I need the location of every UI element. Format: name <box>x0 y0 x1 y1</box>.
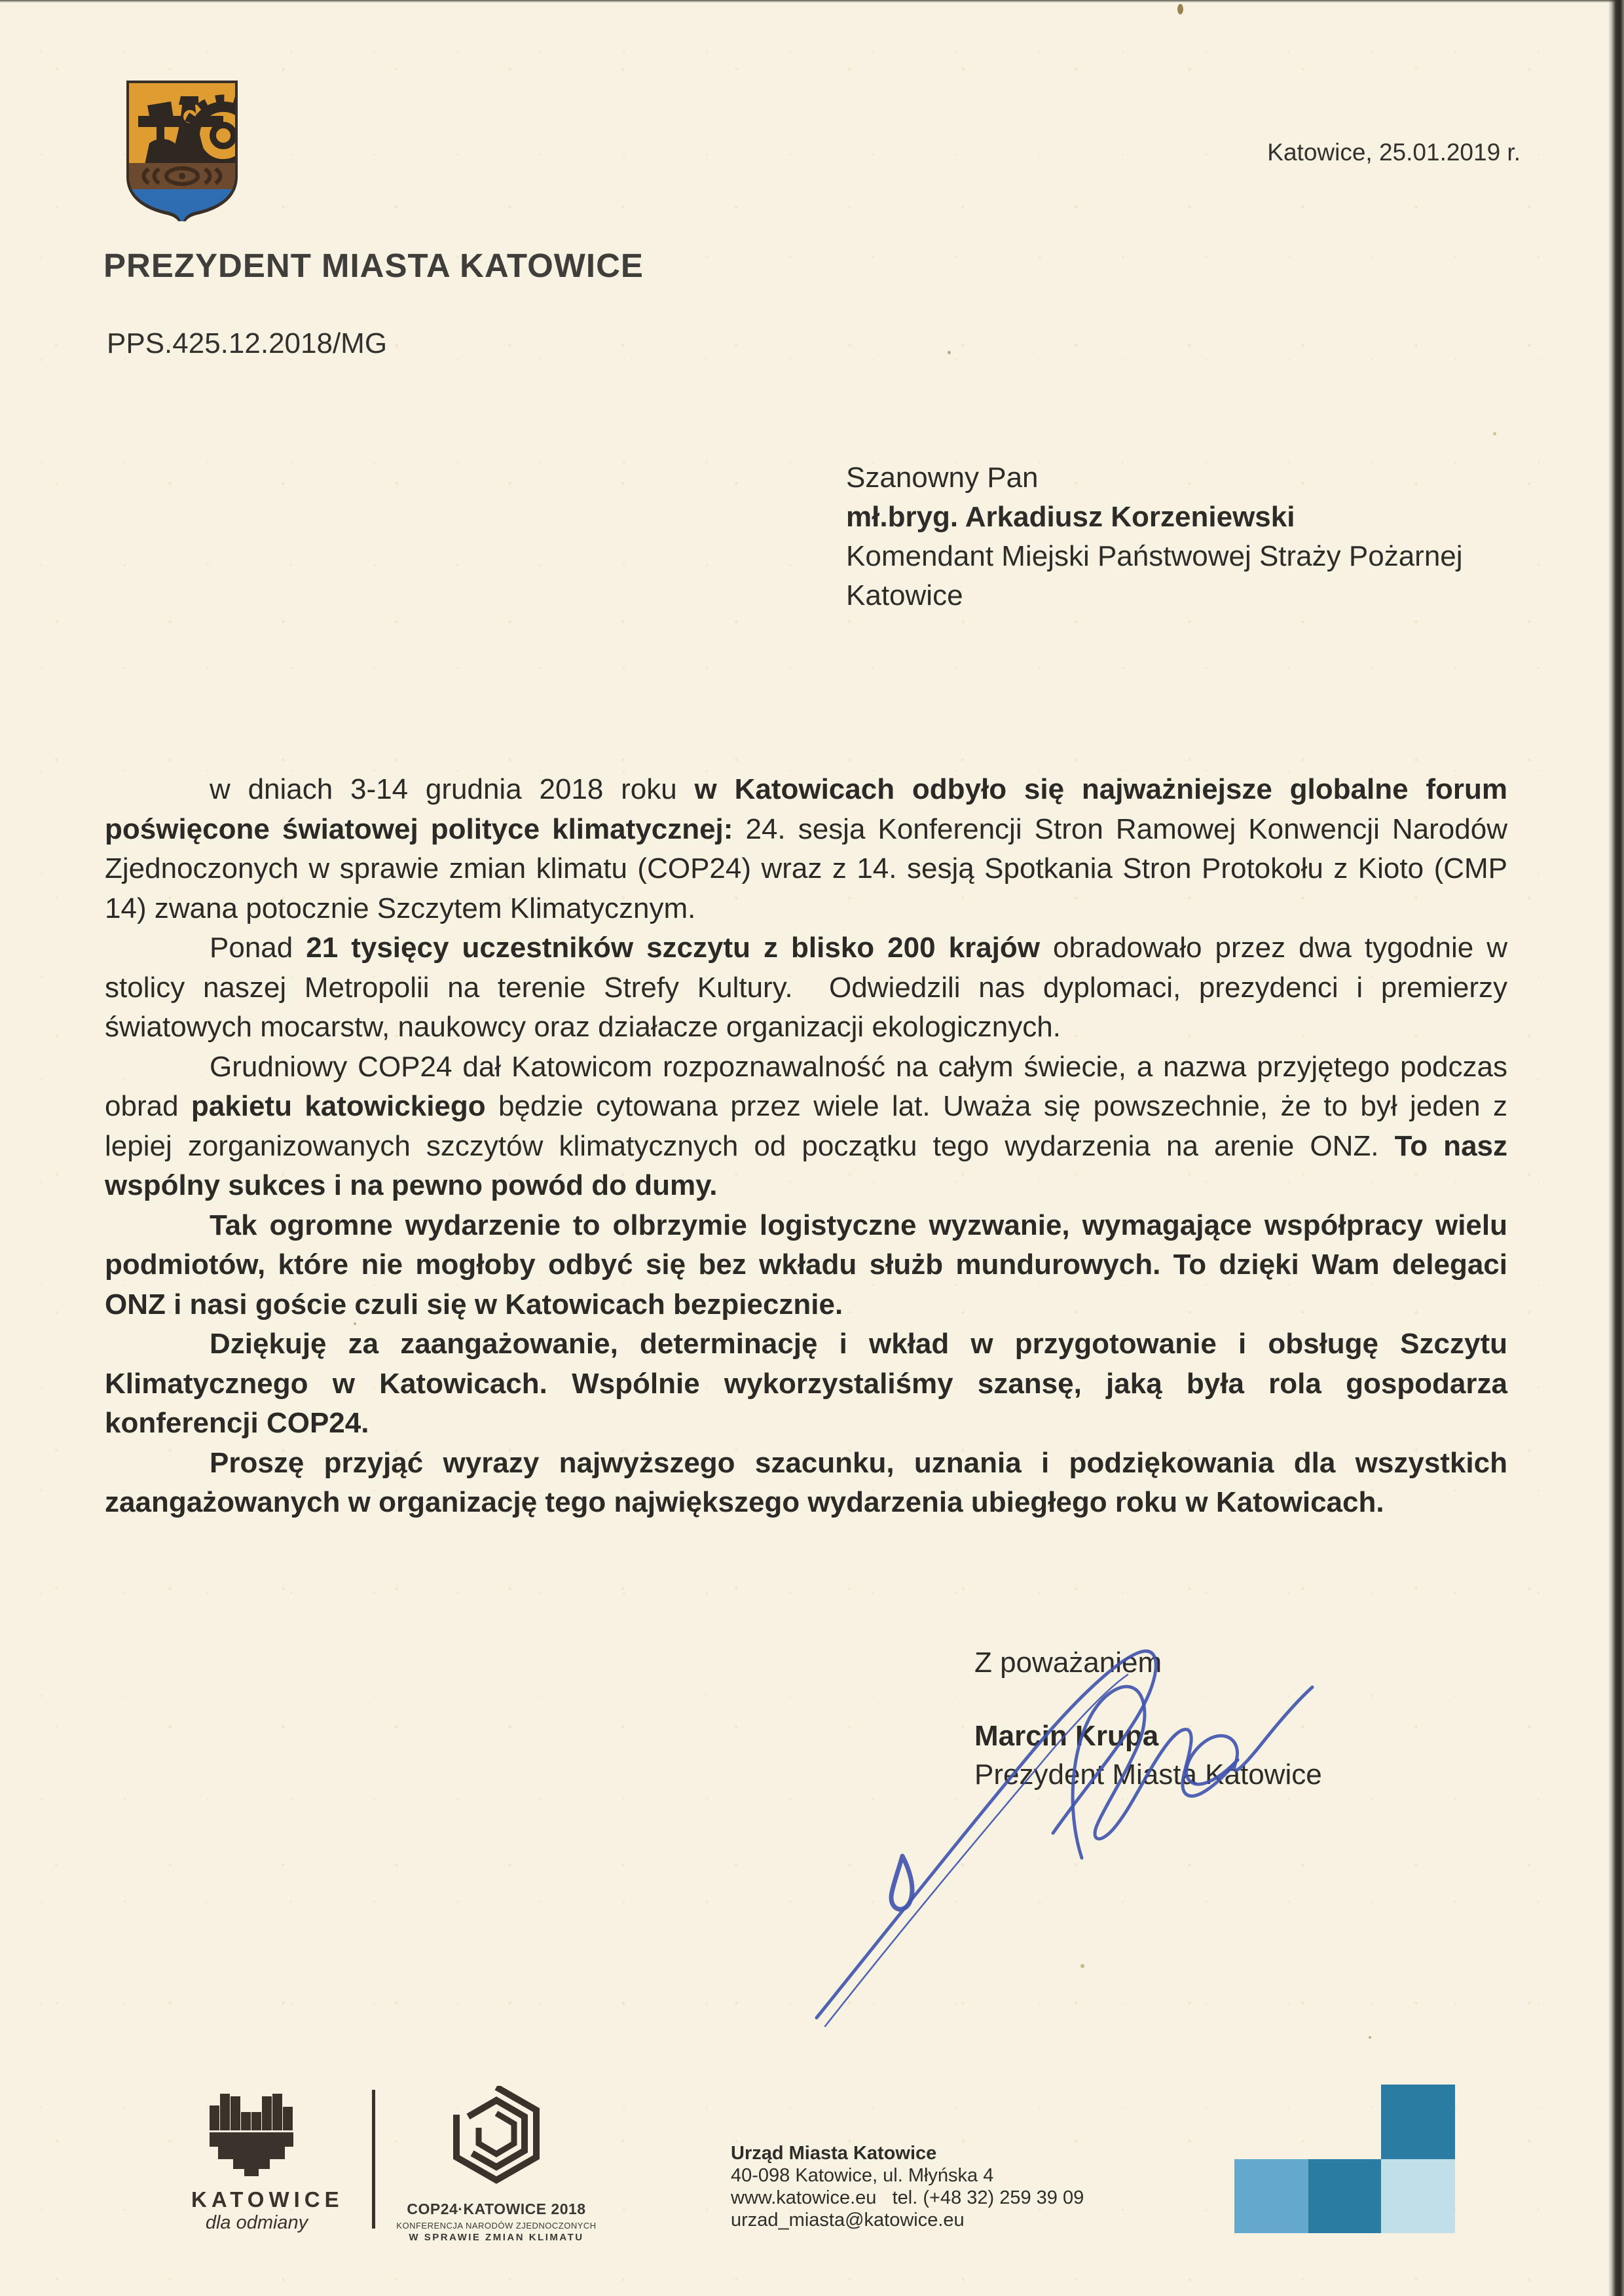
recipient-block: Szanowny Pan mł.bryg. Arkadiusz Korzenie… <box>846 458 1463 615</box>
pixel-square <box>1308 2159 1381 2233</box>
katowice-tagline: dla odmiany <box>191 2212 322 2234</box>
recipient-position: Komendant Miejski Państwowej Straży Poża… <box>846 537 1463 576</box>
address-email: urzad_miasta@katowice.eu <box>731 2209 1084 2231</box>
pixel-square <box>1381 2159 1455 2233</box>
valediction: Z poważaniem <box>974 1647 1162 1679</box>
scan-edge-top <box>0 0 1624 3</box>
sender-title: PREZYDENT MIASTA KATOWICE <box>103 246 644 285</box>
recipient-city: Katowice <box>846 576 1463 615</box>
address-street: 40-098 Katowice, ul. Młyńska 4 <box>731 2164 1084 2187</box>
body-text-bold: 21 tysięcy uczestników szczytu z blisko … <box>306 932 1040 964</box>
body-paragraph: w dniach 3-14 grudnia 2018 roku w Katowi… <box>105 770 1507 928</box>
body-paragraph: Tak ogromne wydarzenie to olbrzymie logi… <box>105 1206 1507 1325</box>
letter-body: w dniach 3-14 grudnia 2018 roku w Katowi… <box>105 770 1507 1523</box>
scan-speckle <box>1493 432 1496 435</box>
pixel-square <box>1381 2085 1455 2159</box>
body-text-bold: Tak ogromne wydarzenie to olbrzymie logi… <box>105 1209 1515 1321</box>
address-office: Urząd Miasta Katowice <box>731 2142 1084 2164</box>
address-block: Urząd Miasta Katowice 40-098 Katowice, u… <box>731 2142 1084 2231</box>
body-paragraph: Proszę przyjąć wyrazy najwyższego szacun… <box>105 1444 1507 1523</box>
katowice-wordmark: KATOWICE <box>191 2187 322 2212</box>
cop24-logo-text: COP24·KATOWICE 2018 KONFERENCJA NARODÓW … <box>388 2200 604 2243</box>
signer-name: Marcin Krupa <box>974 1720 1158 1753</box>
katowice-coat-of-arms-icon <box>125 79 239 221</box>
letter-date: Katowice, 25.01.2019 r. <box>1267 139 1521 166</box>
cop24-subtitle-2: W SPRAWIE ZMIAN KLIMATU <box>388 2232 604 2243</box>
cop24-title: COP24·KATOWICE 2018 <box>388 2200 604 2218</box>
body-paragraph: Dziękuję za zaangażowanie, determinację … <box>105 1324 1507 1444</box>
signer-title: Prezydent Miasta Katowice <box>974 1758 1322 1791</box>
body-text-bold: Proszę przyjąć wyrazy najwyższego szacun… <box>105 1447 1515 1519</box>
cop24-subtitle-1: KONFERENCJA NARODÓW ZJEDNOCZONYCH <box>388 2221 604 2231</box>
pixel-square <box>1234 2159 1308 2233</box>
scan-speckle <box>1177 4 1183 14</box>
recipient-name: mł.bryg. Arkadiusz Korzeniewski <box>846 498 1463 537</box>
body-paragraph: Grudniowy COP24 dał Katowicom rozpoznawa… <box>105 1048 1507 1206</box>
scan-speckle <box>1080 1964 1084 1968</box>
footer-divider <box>372 2090 375 2229</box>
body-text-bold: Dziękuję za zaangażowanie, determinację … <box>105 1328 1515 1439</box>
body-paragraph: Ponad 21 tysięcy uczestników szczytu z b… <box>105 928 1507 1048</box>
reference-number: PPS.425.12.2018/MG <box>107 327 387 360</box>
scan-edge-right <box>1608 0 1624 2296</box>
body-text: w dniach 3-14 grudnia 2018 roku <box>210 773 695 805</box>
katowice-heart-icon <box>210 2092 293 2176</box>
letter-page: Katowice, 25.01.2019 r. PREZYDENT MIASTA… <box>0 0 1624 2296</box>
body-text: Ponad <box>210 932 306 964</box>
cop24-hexagon-icon <box>447 2086 545 2184</box>
scan-speckle <box>1369 2036 1371 2039</box>
scan-speckle <box>948 351 951 354</box>
recipient-salutation: Szanowny Pan <box>846 458 1463 498</box>
body-text-bold: pakietu katowickiego <box>191 1090 486 1122</box>
address-web-phone: www.katowice.eu tel. (+48 32) 259 39 09 <box>731 2187 1084 2209</box>
